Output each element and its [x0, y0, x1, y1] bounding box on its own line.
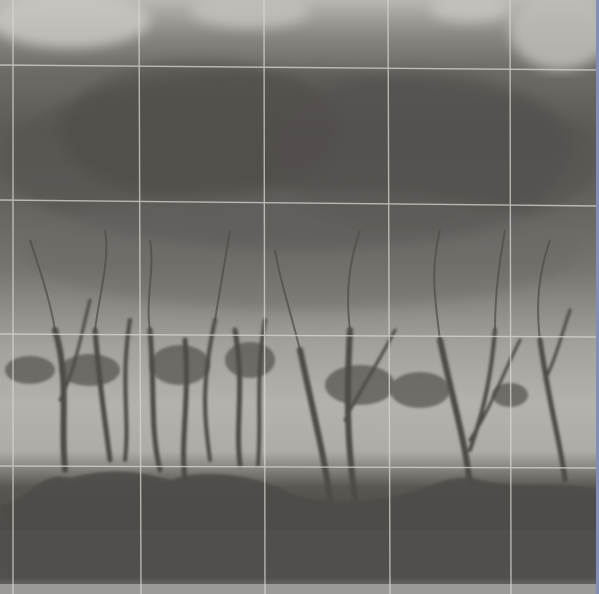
tree-scene	[0, 0, 599, 594]
artwork-image: Monochrome print of a row of slender tre…	[0, 0, 599, 594]
